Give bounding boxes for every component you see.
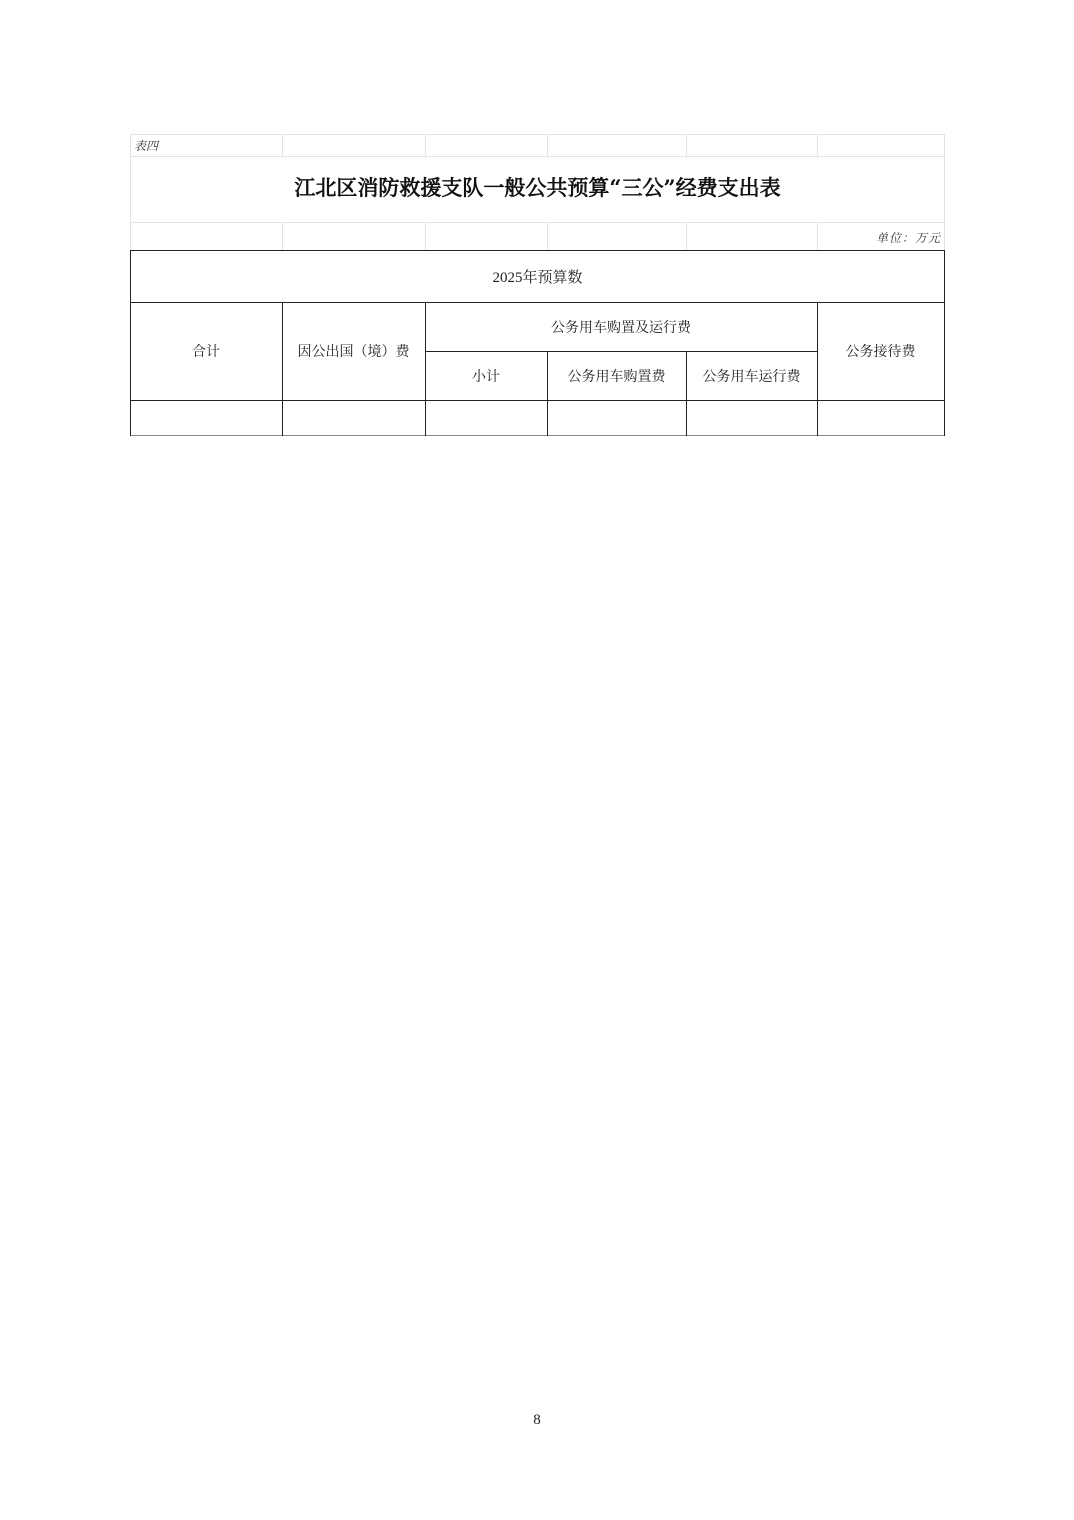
table-cell bbox=[817, 400, 944, 435]
document-page: 表四 江北区消防救援支队一般公共预算“三公”经费支出表 单位：万元 2025年预… bbox=[0, 0, 1074, 1520]
three-public-expenses-table: 2025年预算数 合计 因公出国（境）费 公务用车购置及运行费 小计 公务用车购… bbox=[130, 250, 945, 436]
col-header-vehicle-purchase: 公务用车购置费 bbox=[547, 351, 686, 400]
col-header-reception: 公务接待费 bbox=[817, 302, 944, 400]
col-header-total: 合计 bbox=[130, 302, 282, 400]
table-cell bbox=[547, 400, 686, 435]
col-header-vehicle-operation: 公务用车运行费 bbox=[686, 351, 817, 400]
col-header-overseas-travel: 因公出国（境）费 bbox=[282, 302, 425, 400]
table-cell bbox=[686, 400, 817, 435]
col-header-vehicle-subtotal: 小计 bbox=[425, 351, 547, 400]
header-budget-year: 2025年预算数 bbox=[130, 250, 945, 302]
page-number: 8 bbox=[0, 1412, 1074, 1429]
table-cell bbox=[130, 400, 282, 435]
col-header-vehicle-group: 公务用车购置及运行费 bbox=[425, 302, 817, 351]
table-cell bbox=[425, 400, 547, 435]
table-label: 表四 bbox=[134, 137, 158, 154]
unit-label: 单位：万元 bbox=[876, 229, 941, 246]
table-cell bbox=[282, 400, 425, 435]
page-title: 江北区消防救援支队一般公共预算“三公”经费支出表 bbox=[130, 172, 945, 202]
